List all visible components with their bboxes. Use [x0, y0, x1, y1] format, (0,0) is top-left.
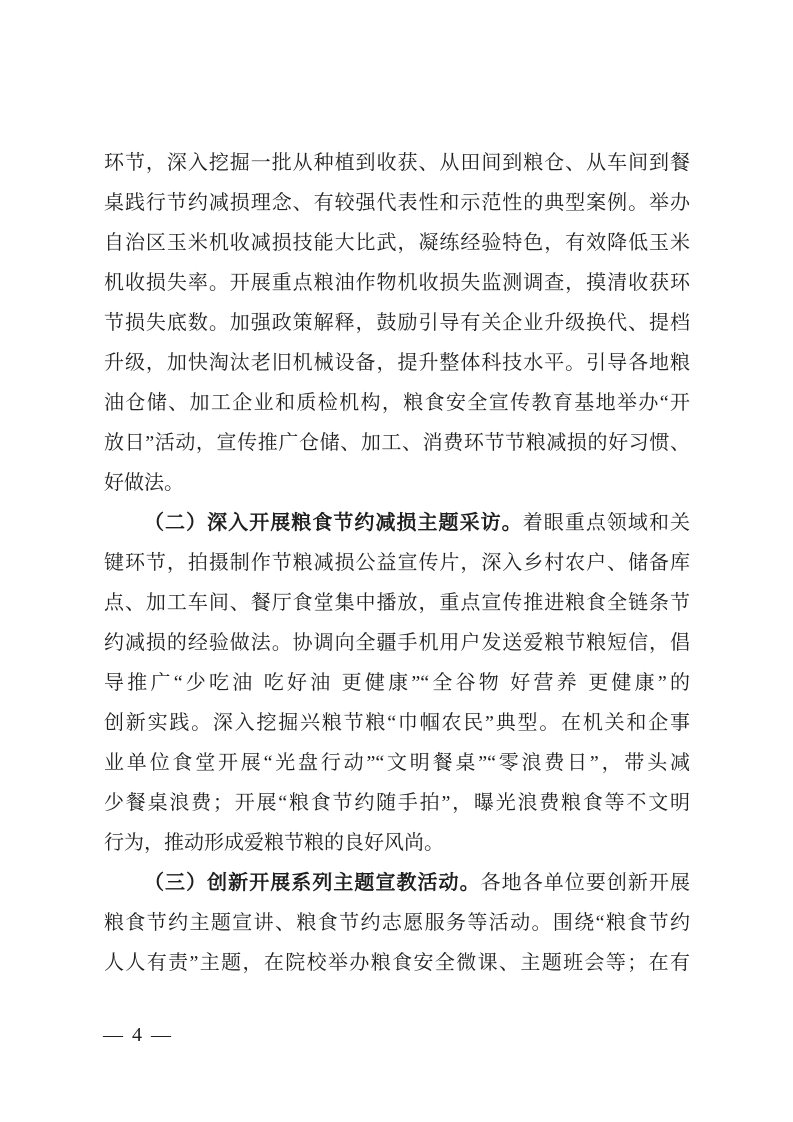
- body-line: 少餐桌浪费；开展“粮食节约随手拍”，曝光浪费粮食等不文明: [104, 783, 690, 823]
- document-page: 环节，深入挖掘一批从种植到收获、从田间到粮仓、从车间到餐 桌践行节约减损理念、有…: [0, 0, 793, 1122]
- document-body: 环节，深入挖掘一批从种植到收获、从田间到粮仓、从车间到餐 桌践行节约减损理念、有…: [104, 143, 690, 983]
- body-line: 粮食节约主题宣讲、粮食节约志愿服务等活动。围绕“粮食节约: [104, 903, 690, 943]
- page-number: — 4 —: [103, 1020, 173, 1050]
- body-line: 节损失底数。加强政策解释，鼓励引导有关企业升级换代、提档: [104, 303, 690, 343]
- body-line: 键环节，拍摄制作节粮减损公益宣传片，深入乡村农户、储备库: [104, 543, 690, 583]
- section-heading-2: （二）深入开展粮食节约减损主题采访。: [144, 512, 523, 534]
- body-text: 各地各单位要创新开展: [481, 872, 690, 894]
- section-heading-3: （三）创新开展系列主题宣教活动。: [144, 872, 481, 894]
- body-line: 环节，深入挖掘一批从种植到收获、从田间到粮仓、从车间到餐: [104, 143, 690, 183]
- body-line: 点、加工车间、餐厅食堂集中播放，重点宣传推进粮食全链条节: [104, 583, 690, 623]
- body-line: 自治区玉米机收减损技能大比武，凝练经验特色，有效降低玉米: [104, 223, 690, 263]
- body-line: 约减损的经验做法。协调向全疆手机用户发送爱粮节粮短信，倡: [104, 623, 690, 663]
- body-line: （三）创新开展系列主题宣教活动。各地各单位要创新开展: [104, 863, 690, 903]
- paragraph-2: （二）深入开展粮食节约减损主题采访。着眼重点领域和关 键环节，拍摄制作节粮减损公…: [104, 503, 690, 863]
- paragraph-3: （三）创新开展系列主题宣教活动。各地各单位要创新开展 粮食节约主题宣讲、粮食节约…: [104, 863, 690, 983]
- body-text: 着眼重点领域和关: [523, 512, 690, 534]
- body-line: 放日”活动，宣传推广仓储、加工、消费环节节粮减损的好习惯、: [104, 423, 690, 463]
- body-line: 业单位食堂开展“光盘行动”“文明餐桌”“零浪费日”，带头减: [104, 743, 690, 783]
- body-line: （二）深入开展粮食节约减损主题采访。着眼重点领域和关: [104, 503, 690, 543]
- body-line: 油仓储、加工企业和质检机构，粮食安全宣传教育基地举办“开: [104, 383, 690, 423]
- body-line: 创新实践。深入挖掘兴粮节粮“巾帼农民”典型。在机关和企事: [104, 703, 690, 743]
- body-line: 升级，加快淘汰老旧机械设备，提升整体科技水平。引导各地粮: [104, 343, 690, 383]
- body-line: 机收损失率。开展重点粮油作物机收损失监测调查，摸清收获环: [104, 263, 690, 303]
- paragraph-1: 环节，深入挖掘一批从种植到收获、从田间到粮仓、从车间到餐 桌践行节约减损理念、有…: [104, 143, 690, 503]
- body-line: 行为，推动形成爱粮节粮的良好风尚。: [104, 823, 690, 863]
- body-line: 桌践行节约减损理念、有较强代表性和示范性的典型案例。举办: [104, 183, 690, 223]
- body-line: 导推广“少吃油 吃好油 更健康”“全谷物 好营养 更健康”的: [104, 663, 690, 703]
- body-line: 人人有责”主题，在院校举办粮食安全微课、主题班会等；在有: [104, 943, 690, 983]
- body-line: 好做法。: [104, 463, 690, 503]
